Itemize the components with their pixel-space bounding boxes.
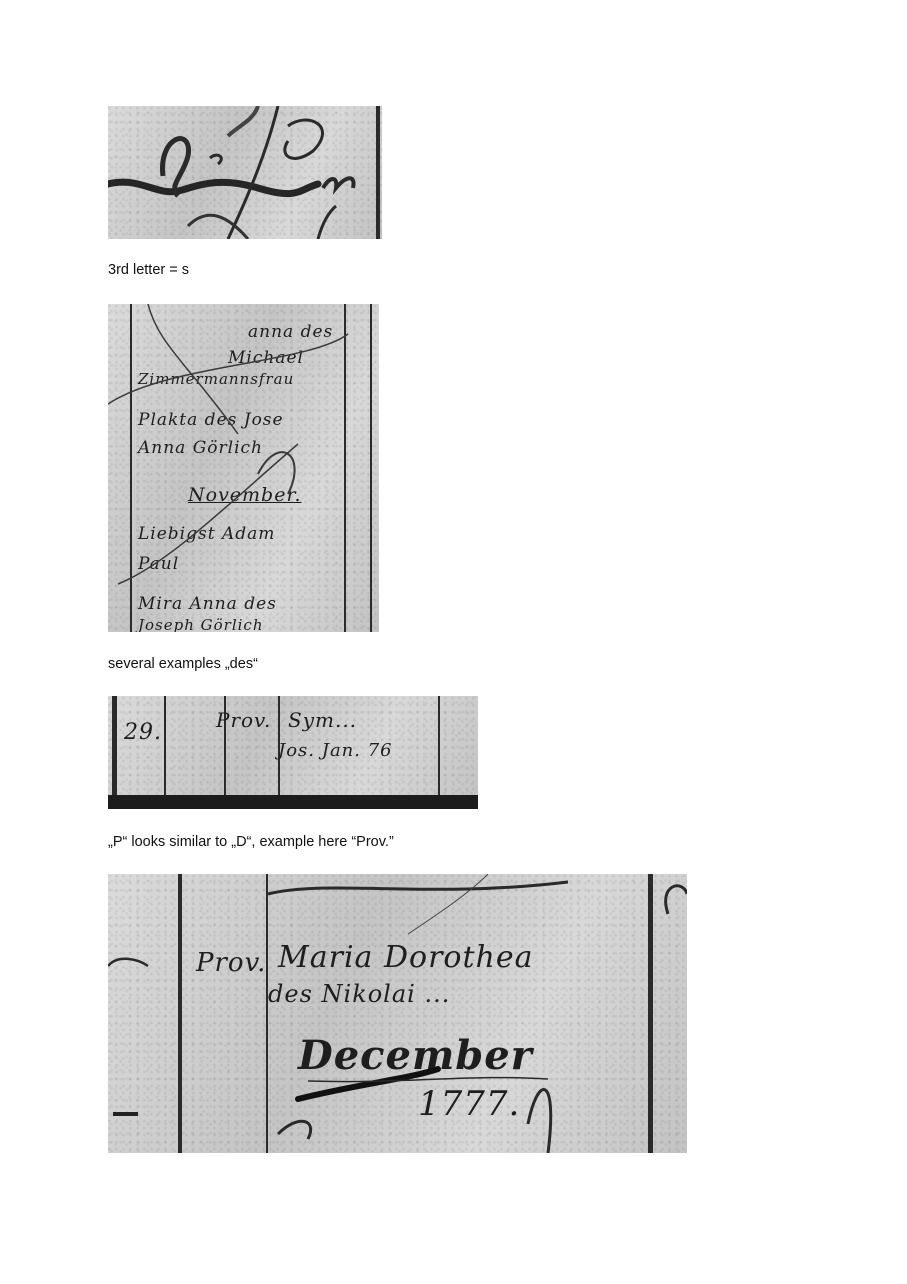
handwriting-image-4: Prov. Maria Dorothea des Nikolai ... Dec…	[108, 874, 687, 1153]
caption-2: several examples „des“	[108, 655, 258, 673]
handwriting-strokes-4	[108, 874, 687, 1153]
ruling-line	[112, 696, 117, 795]
ruling-line	[164, 696, 166, 795]
handwriting-strokes-2	[108, 304, 379, 632]
handwriting-line: Sym...	[288, 708, 357, 732]
ruling-line	[438, 696, 440, 795]
handwriting-image-1	[108, 106, 382, 239]
page-edge-shadow	[108, 795, 478, 809]
document-page: 3rd letter = s anna des Michael Zimmerma…	[0, 0, 907, 1284]
handwriting-line: Jos. Jan. 76	[278, 740, 393, 761]
handwriting-strokes-1	[108, 106, 382, 239]
ruling-line	[376, 106, 380, 239]
handwriting-image-3: 29. Prov. Sym... Jos. Jan. 76	[108, 696, 478, 809]
handwriting-line: Prov.	[216, 708, 271, 732]
handwriting-line: 29.	[124, 720, 162, 745]
caption-3: „P“ looks similar to „D“, example here “…	[108, 833, 394, 851]
caption-1: 3rd letter = s	[108, 261, 189, 279]
handwriting-image-2: anna des Michael Zimmermannsfrau Plakta …	[108, 304, 379, 632]
